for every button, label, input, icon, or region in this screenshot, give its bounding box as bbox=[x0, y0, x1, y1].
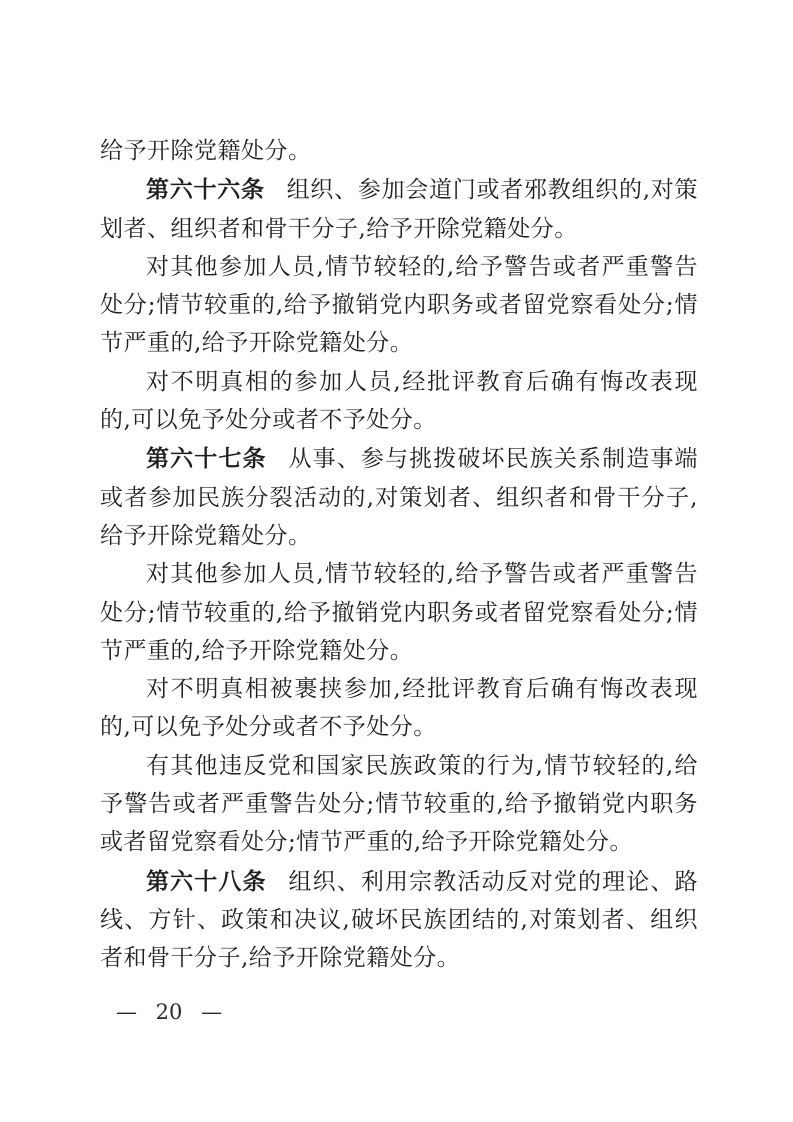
paragraph-text: 对其他参加人员,情节较轻的,给予警告或者严重警告处分;情节较重的,给予撤销党内职… bbox=[100, 254, 698, 357]
paragraph: 对其他参加人员,情节较轻的,给予警告或者严重警告处分;情节较重的,给予撤销党内职… bbox=[100, 555, 698, 670]
paragraph: 对不明真相的参加人员,经批评教育后确有悔改表现的,可以免予处分或者不予处分。 bbox=[100, 363, 698, 440]
paragraph-text: 对不明真相的参加人员,经批评教育后确有悔改表现的,可以免予处分或者不予处分。 bbox=[100, 369, 698, 433]
article-67-number: 第六十七条 bbox=[146, 445, 267, 471]
paragraph-text: 给予开除党籍处分。 bbox=[100, 138, 312, 164]
paragraph-text: 对其他参加人员,情节较轻的,给予警告或者严重警告处分;情节较重的,给予撤销党内职… bbox=[100, 561, 698, 664]
article-66-number: 第六十六条 bbox=[146, 176, 265, 202]
page-footer: — 20 — bbox=[116, 1000, 222, 1024]
paragraph-text: 有其他违反党和国家民族政策的行为,情节较轻的,给予警告或者严重警告处分;情节较重… bbox=[100, 753, 698, 856]
paragraph: 对不明真相被裹挟参加,经批评教育后确有悔改表现的,可以免予处分或者不予处分。 bbox=[100, 670, 698, 747]
paragraph-article-66: 第六十六条组织、参加会道门或者邪教组织的,对策划者、组织者和骨干分子,给予开除党… bbox=[100, 170, 698, 248]
paragraph-continuation: 给予开除党籍处分。 bbox=[100, 132, 698, 170]
paragraph-text: 对不明真相被裹挟参加,经批评教育后确有悔改表现的,可以免予处分或者不予处分。 bbox=[100, 676, 698, 740]
paragraph: 对其他参加人员,情节较轻的,给予警告或者严重警告处分;情节较重的,给予撤销党内职… bbox=[100, 248, 698, 363]
page-number: — 20 — bbox=[116, 1000, 222, 1024]
article-68-number: 第六十八条 bbox=[146, 868, 267, 894]
document-page: 给予开除党籍处分。 第六十六条组织、参加会道门或者邪教组织的,对策划者、组织者和… bbox=[0, 0, 793, 1122]
paragraph-article-68: 第六十八条组织、利用宗教活动反对党的理论、路线、方针、政策和决议,破坏民族团结的… bbox=[100, 862, 698, 978]
paragraph: 有其他违反党和国家民族政策的行为,情节较轻的,给予警告或者严重警告处分;情节较重… bbox=[100, 747, 698, 862]
body-text: 给予开除党籍处分。 第六十六条组织、参加会道门或者邪教组织的,对策划者、组织者和… bbox=[100, 132, 698, 978]
paragraph-article-67: 第六十七条从事、参与挑拨破坏民族关系制造事端或者参加民族分裂活动的,对策划者、组… bbox=[100, 439, 698, 555]
